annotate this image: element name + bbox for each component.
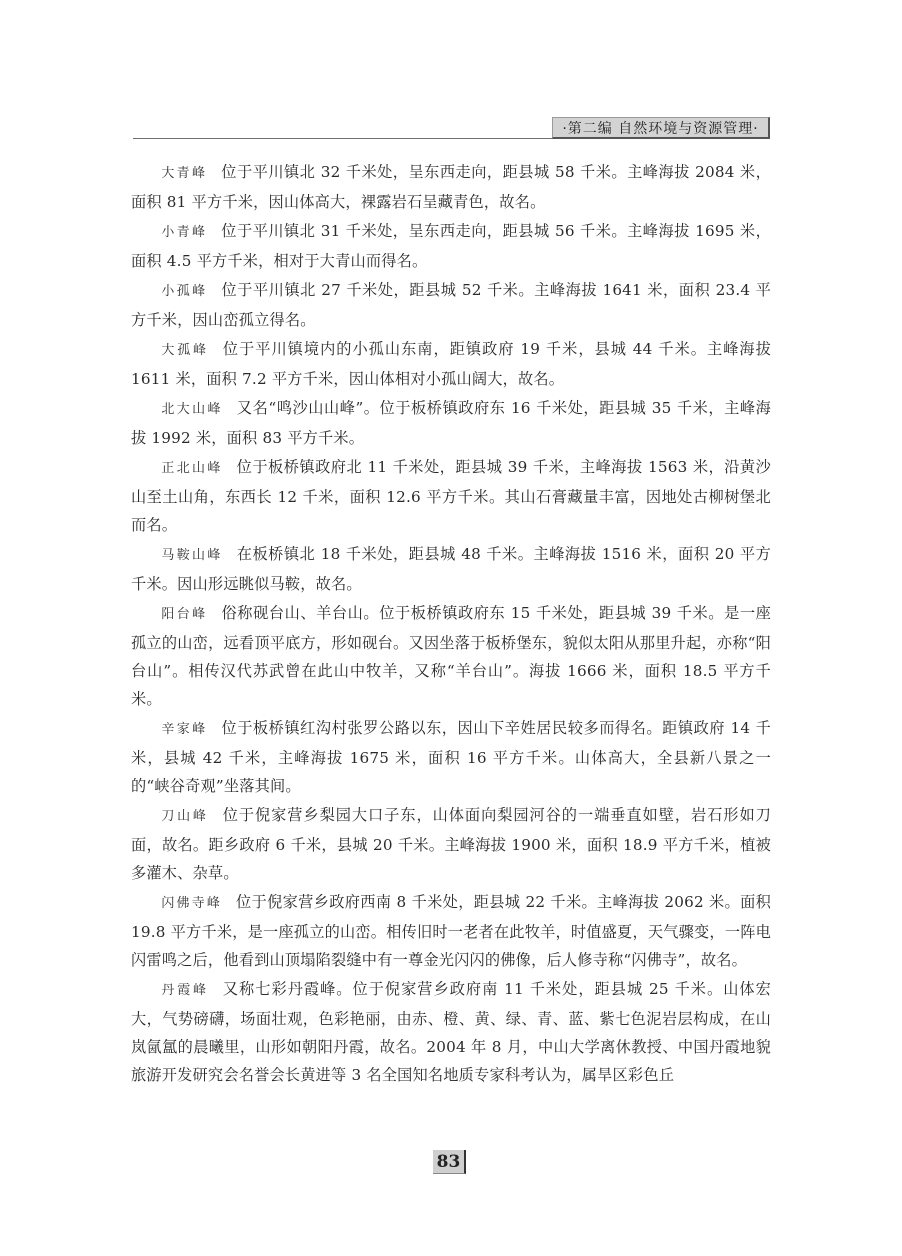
peak-name: 北大山峰 (161, 402, 222, 417)
entry-text: 俗称砚台山、羊台山。位于板桥镇政府东 15 千米处，距县城 39 千米。是一座孤… (131, 604, 771, 708)
entry-paragraph: 正北山峰位于板桥镇政府北 11 千米处，距县城 39 千米，主峰海拔 1563 … (131, 453, 771, 539)
peak-name: 正北山峰 (161, 461, 222, 476)
peak-name: 马鞍山峰 (161, 548, 222, 563)
header-rule (133, 138, 553, 139)
entry-paragraph: 大青峰位于平川镇北 32 千米处，呈东西走向，距县城 58 千米。主峰海拔 20… (131, 158, 771, 216)
entry-paragraph: 北大山峰又名“鸣沙山山峰”。位于板桥镇政府东 16 千米处，距县城 35 千米，… (131, 394, 771, 452)
entry-text: 又称七彩丹霞峰。位于倪家营乡政府南 11 千米处，距县城 25 千米。山体宏大，… (131, 980, 771, 1084)
peak-name: 小孤峰 (161, 284, 207, 299)
entry-paragraph: 阳台峰俗称砚台山、羊台山。位于板桥镇政府东 15 千米处，距县城 39 千米。是… (131, 599, 771, 713)
entry-paragraph: 丹霞峰又称七彩丹霞峰。位于倪家营乡政府南 11 千米处，距县城 25 千米。山体… (131, 975, 771, 1089)
peak-name: 丹霞峰 (161, 983, 208, 998)
entry-paragraph: 大孤峰位于平川镇境内的小孤山东南，距镇政府 19 千米，县城 44 千米。主峰海… (131, 335, 771, 393)
entry-text: 位于倪家营乡政府西南 8 千米处，距县城 22 千米。主峰海拔 2062 米。面… (131, 893, 771, 969)
entry-text: 在板桥镇北 18 千米处，距县城 48 千米。主峰海拔 1516 米，面积 20… (131, 545, 771, 593)
entry-paragraph: 刀山峰位于倪家营乡梨园大口子东，山体面向梨园河谷的一端垂直如壁，岩石形如刀面，故… (131, 801, 771, 887)
entry-text: 又名“鸣沙山山峰”。位于板桥镇政府东 16 千米处，距县城 35 千米，主峰海拔… (131, 399, 771, 447)
peak-name: 阳台峰 (161, 607, 207, 622)
entry-text: 位于板桥镇政府北 11 千米处，距县城 39 千米，主峰海拔 1563 米，沿黄… (131, 458, 771, 534)
entry-text: 位于平川镇北 31 千米处，呈东西走向，距县城 56 千米。主峰海拔 1695 … (131, 222, 771, 270)
peak-name: 闪佛寺峰 (161, 896, 222, 911)
entry-paragraph: 马鞍山峰在板桥镇北 18 千米处，距县城 48 千米。主峰海拔 1516 米，面… (131, 540, 771, 598)
entry-text: 位于平川镇境内的小孤山东南，距镇政府 19 千米，县城 44 千米。主峰海拔 1… (131, 340, 771, 388)
entry-text: 位于板桥镇红沟村张罗公路以东，因山下辛姓居民较多而得名。距镇政府 14 千米，县… (131, 719, 771, 795)
peak-name: 小青峰 (161, 225, 207, 240)
entry-text: 位于平川镇北 32 千米处，呈东西走向，距县城 58 千米。主峰海拔 2084 … (131, 163, 771, 211)
entry-text: 位于倪家营乡梨园大口子东，山体面向梨园河谷的一端垂直如壁，岩石形如刀面，故名。距… (131, 806, 771, 882)
peak-name: 大青峰 (161, 166, 207, 181)
peak-name: 刀山峰 (161, 809, 208, 824)
entry-text: 位于平川镇北 27 千米处，距县城 52 千米。主峰海拔 1641 米，面积 2… (131, 281, 771, 329)
page-number: 83 (433, 1150, 466, 1174)
page-body: 大青峰位于平川镇北 32 千米处，呈东西走向，距县城 58 千米。主峰海拔 20… (131, 158, 771, 1090)
entry-paragraph: 小孤峰位于平川镇北 27 千米处，距县城 52 千米。主峰海拔 1641 米，面… (131, 276, 771, 334)
peak-name: 大孤峰 (161, 343, 208, 358)
entry-paragraph: 辛家峰位于板桥镇红沟村张罗公路以东，因山下辛姓居民较多而得名。距镇政府 14 千… (131, 714, 771, 800)
running-header-section-label: ·第二编 自然环境与资源管理· (552, 117, 770, 139)
entry-paragraph: 闪佛寺峰位于倪家营乡政府西南 8 千米处，距县城 22 千米。主峰海拔 2062… (131, 888, 771, 974)
entry-paragraph: 小青峰位于平川镇北 31 千米处，呈东西走向，距县城 56 千米。主峰海拔 16… (131, 217, 771, 275)
peak-name: 辛家峰 (161, 722, 207, 737)
